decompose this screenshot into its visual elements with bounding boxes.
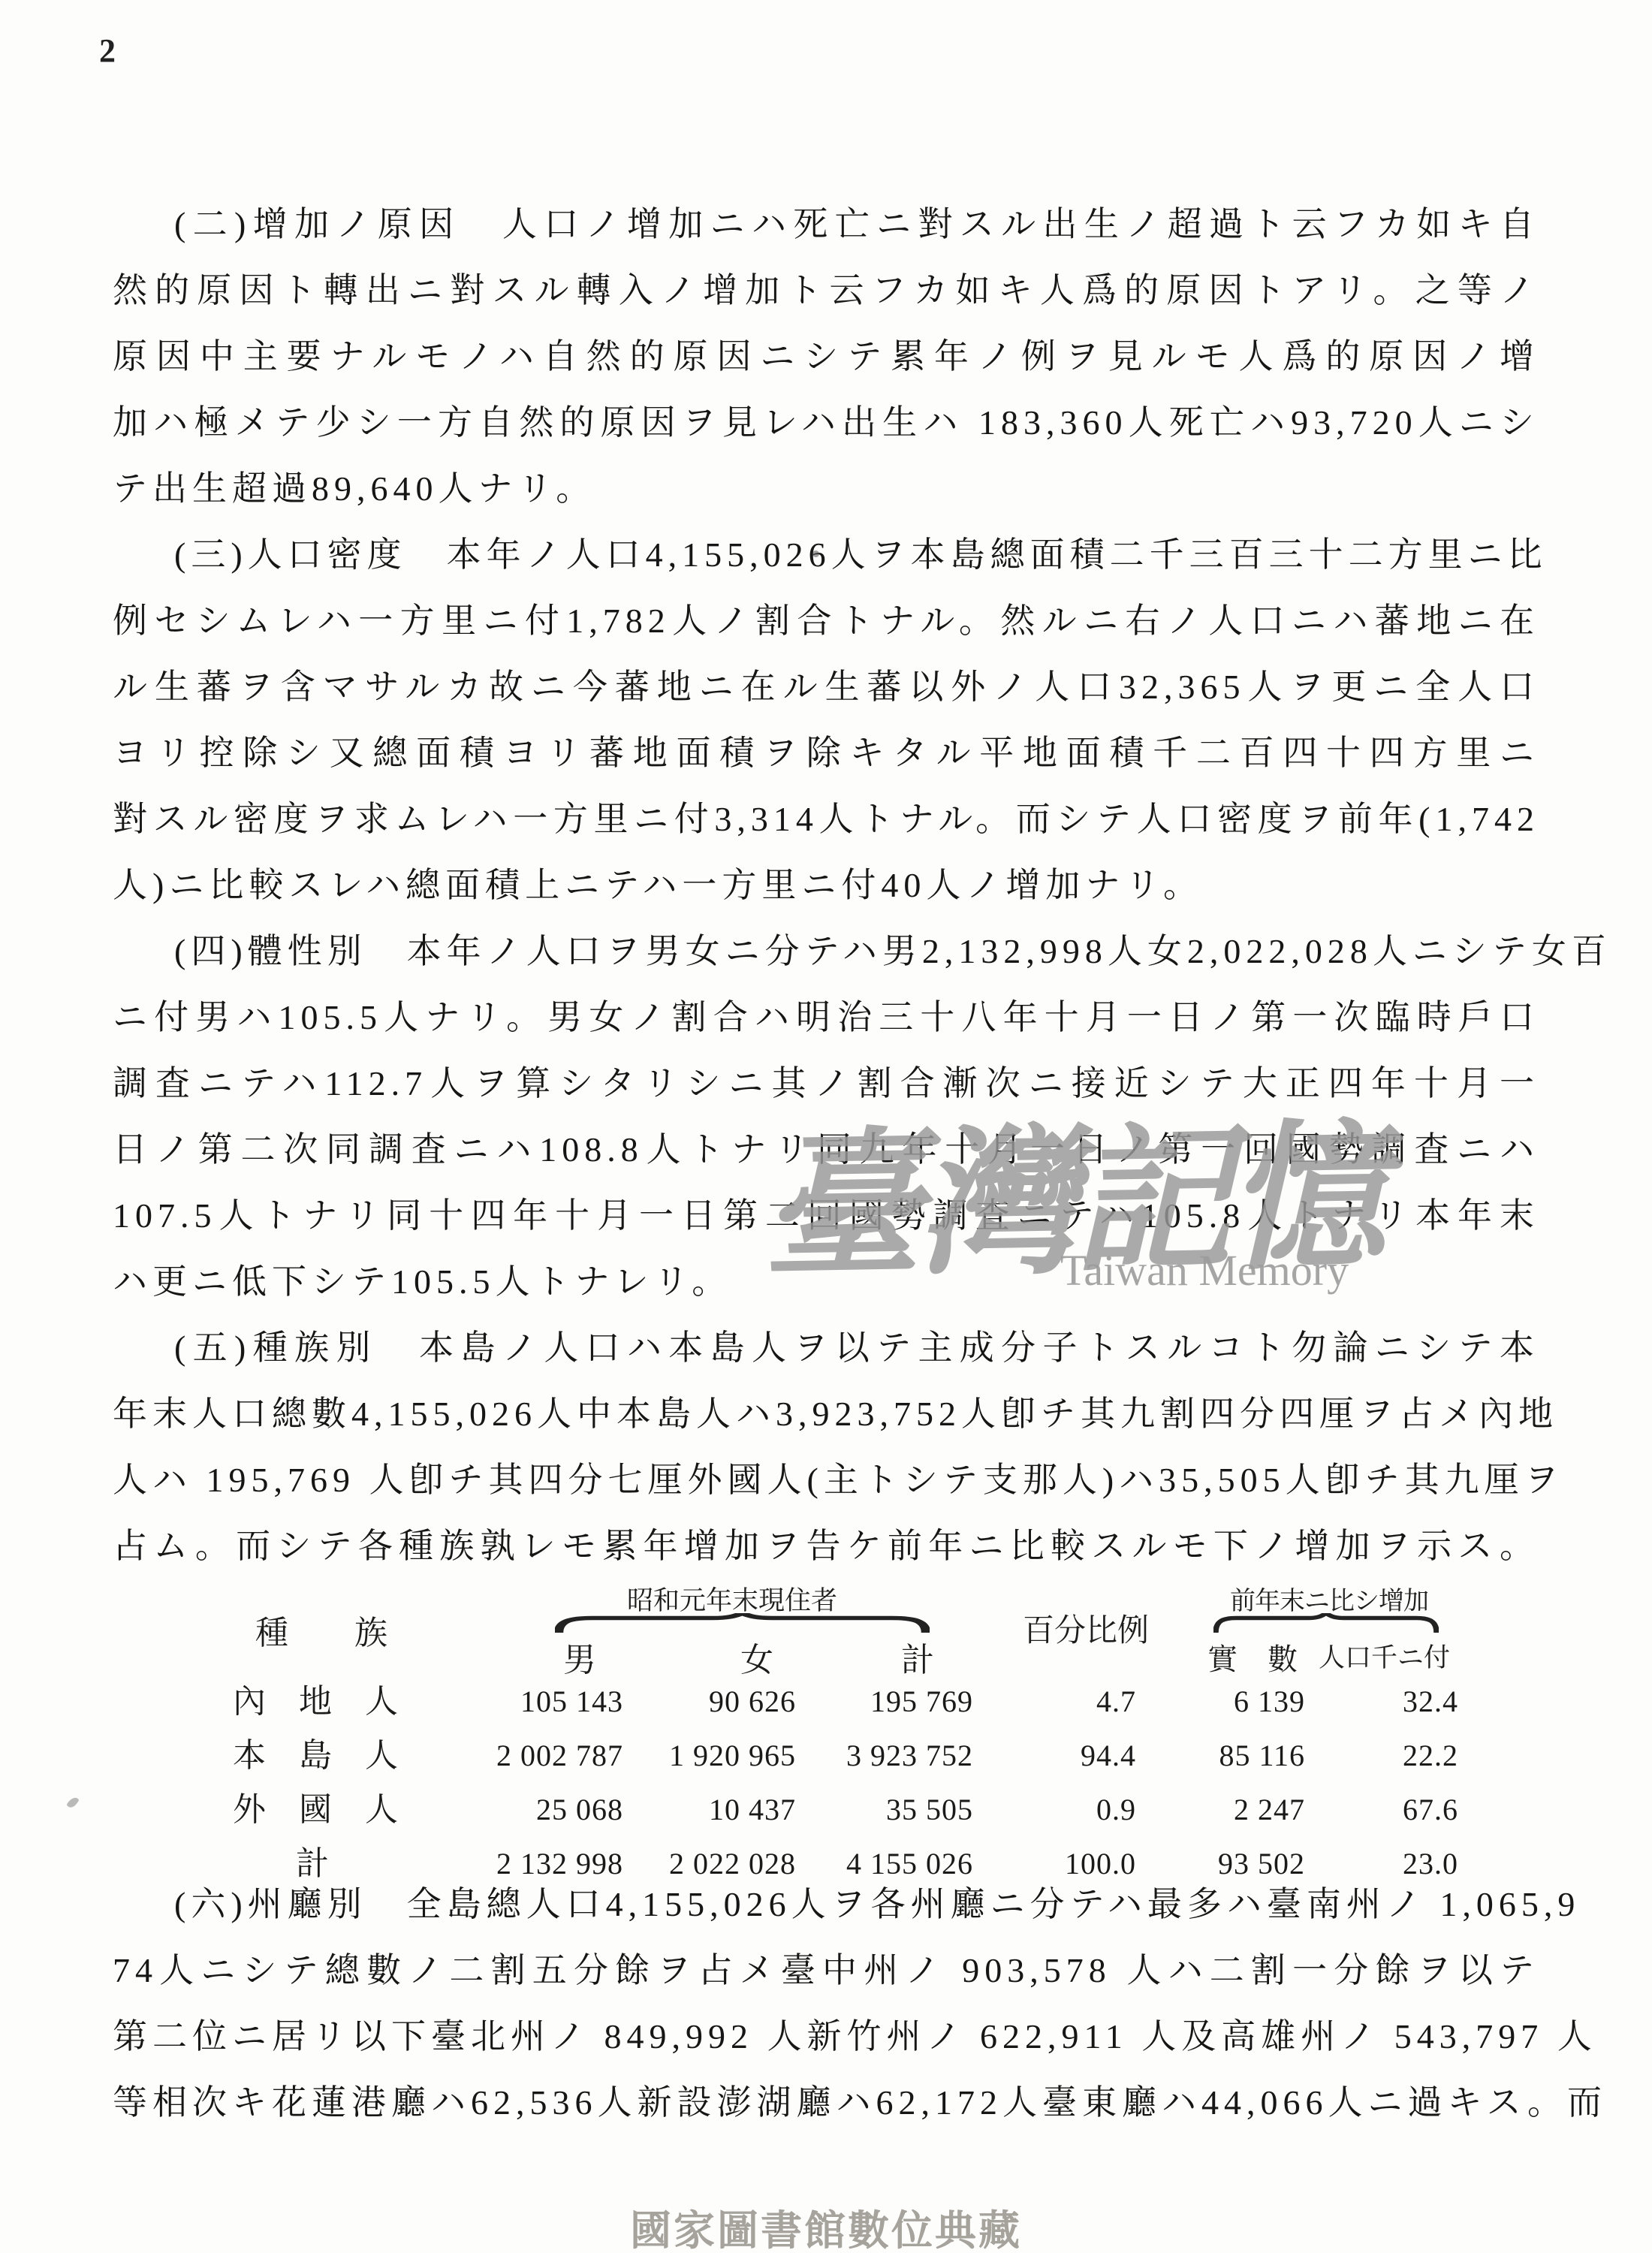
cell-total: 195 769 [796, 1675, 973, 1729]
body-text-lower: (六)州廳別 全島總人口4,155,026人ヲ各州廳ニ分テハ最多ハ臺南州ノ 1,… [113, 1871, 1539, 2136]
column-header-per-thousand: 人口千ニ付 [1319, 1637, 1450, 1675]
cell-actual: 6 139 [1136, 1675, 1305, 1729]
text-line: 人)ニ比較スレハ總面積上ニテハ一方里ニ付40人ノ增加ナリ。 [113, 852, 1539, 918]
text-line: (五)種族別 本島ノ人口ハ本島人ヲ以テ主成分子トスルコト勿論ニシテ本 [113, 1315, 1539, 1381]
cell-per-thousand: 67.6 [1305, 1783, 1458, 1837]
race-statistics-table: 種 族 昭和元年末現住者 男 女 計 百分比例 前年末ニ比シ增加 實 數 人口千… [113, 1570, 1547, 1885]
cell-total: 3 923 752 [796, 1729, 973, 1783]
table-row: 本 島 人 2 002 787 1 920 965 3 923 752 94.4… [113, 1729, 1458, 1783]
brace-decoration [1213, 1613, 1439, 1633]
taiwan-memory-watermark-en: Taiwan Memory [1060, 1245, 1349, 1295]
text-line: (二)增加ノ原因 人口ノ增加ニハ死亡ニ對スル出生ノ超過ト云フカ如キ自 [113, 192, 1539, 258]
national-library-footer-watermark: 國家圖書館數位典藏 [0, 2197, 1652, 2253]
cell-actual: 2 247 [1136, 1783, 1305, 1837]
text-line: (四)體性別 本年ノ人口ヲ男女ニ分テハ男2,132,998人女2,022,028… [113, 918, 1539, 985]
cell-actual: 85 116 [1136, 1729, 1305, 1783]
scan-speck [66, 1796, 80, 1810]
text-line: 74人ニシテ總數ノ二割五分餘ヲ占メ臺中州ノ 903,578 人ハ二割一分餘ヲ以テ [113, 1938, 1539, 2004]
cell-female: 1 920 965 [623, 1729, 796, 1783]
table-row: 內 地 人 105 143 90 626 195 769 4.7 6 139 3… [113, 1675, 1458, 1729]
page-number: 2 [99, 32, 116, 70]
table-row: 外 國 人 25 068 10 437 35 505 0.9 2 247 67.… [113, 1783, 1458, 1837]
cell-per-thousand: 32.4 [1305, 1675, 1458, 1729]
column-header-actual-number: 實 數 [1207, 1636, 1298, 1678]
text-line: 人ハ 195,769 人卽チ其四分七厘外國人(主トシテ支那人)ハ35,505人卽… [113, 1447, 1539, 1513]
row-label: 外 國 人 [113, 1783, 436, 1837]
column-header-female: 女 [740, 1633, 773, 1681]
cell-total: 35 505 [796, 1783, 973, 1837]
text-line: 原因中主要ナルモノハ自然的原因ニシテ累年ノ例ヲ見ルモ人爲的原因ノ增 [113, 324, 1539, 390]
text-line: テ出生超過89,640人ナリ。 [113, 456, 1539, 522]
column-group-header-period: 昭和元年末現住者 [533, 1580, 931, 1618]
table-rows: 內 地 人 105 143 90 626 195 769 4.7 6 139 3… [113, 1675, 1458, 1891]
text-line: 對スル密度ヲ求ムレハ一方里ニ付3,314人トナル。而シテ人口密度ヲ前年(1,74… [113, 786, 1539, 852]
column-header-race: 種 族 [255, 1606, 387, 1654]
cell-percent: 0.9 [973, 1783, 1136, 1837]
cell-female: 10 437 [623, 1783, 796, 1837]
text-line: 第二位ニ居リ以下臺北州ノ 849,992 人新竹州ノ 622,911 人及高雄州… [113, 2004, 1539, 2070]
cell-per-thousand: 22.2 [1305, 1729, 1458, 1783]
text-line: 加ハ極メテ少シ一方自然的原因ヲ見レハ出生ハ 183,360人死亡ハ93,720人… [113, 390, 1539, 456]
text-line: ニ付男ハ105.5人ナリ。男女ノ割合ハ明治三十八年十月一日ノ第一次臨時戶口 [113, 985, 1539, 1051]
text-line: (六)州廳別 全島總人口4,155,026人ヲ各州廳ニ分テハ最多ハ臺南州ノ 1,… [113, 1871, 1539, 1938]
cell-percent: 4.7 [973, 1675, 1136, 1729]
cell-male: 2 002 787 [436, 1729, 623, 1783]
text-line: 例セシムレハ一方里ニ付1,782人ノ割合トナル。然ルニ右ノ人口ニハ蕃地ニ在 [113, 588, 1539, 654]
row-label: 內 地 人 [113, 1675, 436, 1729]
text-line: 然的原因ト轉出ニ對スル轉入ノ增加ト云フカ如キ人爲的原因トアリ。之等ノ [113, 258, 1539, 324]
body-text-upper: (二)增加ノ原因 人口ノ增加ニハ死亡ニ對スル出生ノ超過ト云フカ如キ自 然的原因ト… [113, 192, 1539, 1579]
brace-decoration [555, 1613, 930, 1633]
text-line: 等相次キ花蓮港廳ハ62,536人新設澎湖廳ハ62,172人臺東廳ハ44,066人… [113, 2070, 1539, 2136]
text-line: 年末人口總數4,155,026人中本島人ハ3,923,752人卽チ其九割四分四厘… [113, 1381, 1539, 1447]
text-line: (三)人口密度 本年ノ人口4,155,026人ヲ本島總面積二千三百三十二方里ニ比 [113, 522, 1539, 588]
column-header-male: 男 [563, 1633, 596, 1681]
cell-female: 90 626 [623, 1675, 796, 1729]
cell-male: 25 068 [436, 1783, 623, 1837]
column-header-percent: 百分比例 [1023, 1606, 1149, 1651]
text-line: ル生蕃ヲ含マサルカ故ニ今蕃地ニ在ル生蕃以外ノ人口32,365人ヲ更ニ全人口 [113, 654, 1539, 720]
row-label: 本 島 人 [113, 1729, 436, 1783]
scan-speck [812, 550, 819, 557]
text-line: ヨリ控除シ又總面積ヨリ蕃地面積ヲ除キタル平地面積千二百四十四方里ニ [113, 720, 1539, 786]
cell-male: 105 143 [436, 1675, 623, 1729]
cell-percent: 94.4 [973, 1729, 1136, 1783]
column-header-total: 計 [901, 1633, 934, 1681]
column-group-header-increase: 前年末ニ比シ增加 [1216, 1580, 1442, 1617]
document-page: 2 (二)增加ノ原因 人口ノ增加ニハ死亡ニ對スル出生ノ超過ト云フカ如キ自 然的原… [0, 0, 1652, 2253]
